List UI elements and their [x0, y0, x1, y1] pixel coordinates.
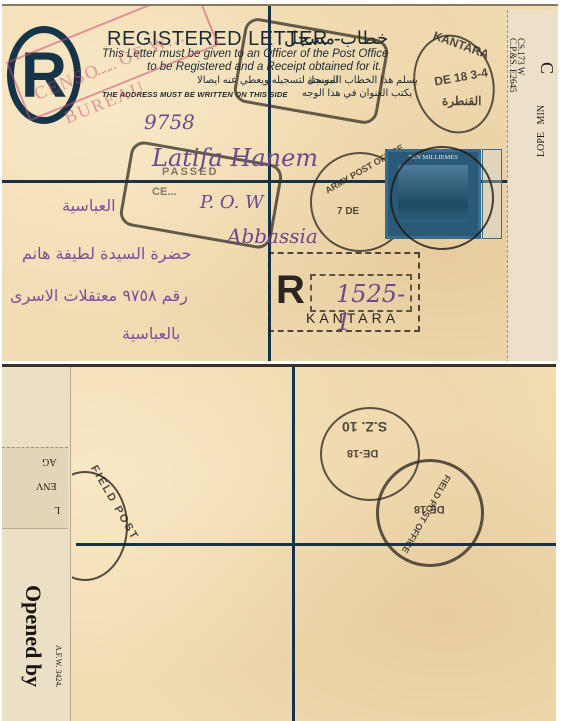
tape-fragment-env: ENV: [36, 480, 57, 491]
field-post-office-date: DE 18: [414, 503, 445, 515]
handwritten-name: Latifa Hanem: [152, 144, 318, 172]
army-post-office-date: 7 DE: [337, 206, 359, 217]
handwritten-arabic-3: رقم ٩٧٥٨ معتقلات الاسرى: [10, 286, 188, 305]
registration-letter: R: [276, 268, 305, 313]
sz10-postmark-text: S.Z. 10: [342, 419, 387, 435]
kantara-postmark-arabic: القنطرة: [442, 94, 481, 108]
kantara-postmark-on-stamp: [390, 146, 494, 250]
tape-fragment-ag: AG: [42, 456, 56, 467]
tape-fragment-l: L: [54, 504, 60, 515]
handwritten-abbassia: Abbassia: [227, 224, 318, 248]
label-fragment-lope: LOPE: [536, 132, 547, 157]
handwritten-arabic-1: العباسية: [62, 196, 116, 215]
registration-number: 1525-1: [336, 280, 418, 336]
opened-by-text: Opened by: [20, 585, 46, 687]
censor-tape-tab: AG ENV L: [2, 447, 68, 529]
sz10-postmark-date: DE-18: [347, 447, 378, 459]
handwritten-arabic-2: حضرة السيدة لطيفة هانم: [22, 244, 191, 263]
afw-form-number: A.F.W. 3424.: [54, 645, 63, 687]
envelope-front: R REGISTERED LETTER - خطاب مسجل This Let…: [2, 4, 558, 361]
handwritten-pow: P. O. W: [200, 192, 264, 213]
opened-by-censor-tape: AG ENV L Opened by A.F.W. 3424.: [2, 367, 71, 721]
censor-label-strip: CS.173 W C.P.&S. E2645 C MIN LOPE: [507, 10, 558, 361]
label-fragment-min: MIN: [536, 105, 547, 124]
handwritten-arabic-4: بالعباسية: [122, 324, 180, 343]
label-fragment-c: C: [536, 62, 557, 74]
registration-label: R 1525-1 KANTARA: [268, 252, 420, 332]
horizontal-cross-line-back: [76, 543, 556, 546]
label-print-2: C.P.&S. E2645: [508, 38, 518, 93]
envelope-back: AG ENV L Opened by A.F.W. 3424. S.Z. 10 …: [2, 364, 556, 721]
handwritten-number: 9758: [144, 110, 195, 134]
registration-office: KANTARA: [306, 310, 399, 326]
censor-fragment: CE...: [152, 186, 176, 198]
